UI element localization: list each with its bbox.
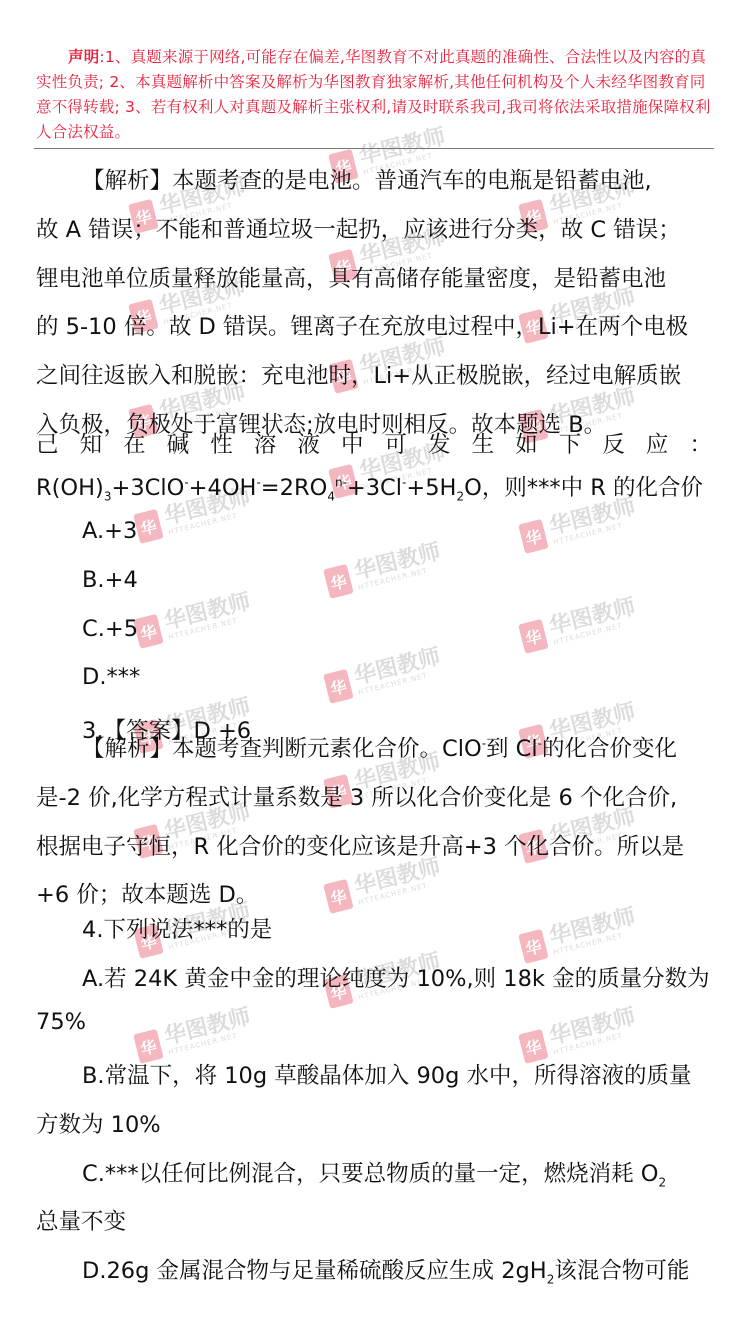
q2-analysis-line: 故 A 错误；不能和普通垃圾一起扔，应该进行分类，故 C 错误； xyxy=(36,212,681,244)
q3-equation: R(OH)3+3ClO-+4OH-=2RO4n-+3Cl-+5H2O，则***中… xyxy=(36,470,703,502)
q4-option-b-cont: 方数为 10% xyxy=(36,1107,161,1139)
disclaimer: 声明:1、真题来源于网络,可能存在偏差,华图教育不对此真题的准确性、合法性以及内… xyxy=(36,45,712,145)
watermark: 华华图教师HTTEACHER.NET xyxy=(518,1006,640,1064)
q2-analysis-line: 的 5-10 倍。故 D 错误。锂离子在充放电过程中，Li+在两个电极 xyxy=(36,309,688,341)
watermark-logo-icon: 华 xyxy=(133,509,164,544)
q4-option-a: A.若 24K 黄金中金的理论纯度为 10%,则 18k 金的质量分数为 xyxy=(82,961,710,993)
watermark-logo-icon: 华 xyxy=(323,669,354,704)
disclaimer-lead: 声明 xyxy=(68,48,99,66)
q3-option-d: D.*** xyxy=(82,664,140,690)
divider xyxy=(34,148,714,149)
q4-option-d: D.26g 金属混合物与足量稀硫酸反应生成 2gH2该混合物可能 xyxy=(82,1253,689,1285)
watermark: 华华图教师HTTEACHER.NET xyxy=(323,541,445,599)
q4-stem: 4.下列说法***的是 xyxy=(82,912,272,944)
q4-option-b: B.常温下，将 10g 草酸晶体加入 90g 水中，所得溶液的质量 xyxy=(82,1058,692,1090)
q3-analysis-line: 是-2 价,化学方程式计量系数是 3 所以化合价变化是 6 个化合价, xyxy=(36,780,677,812)
watermark: 华华图教师HTTEACHER.NET xyxy=(133,591,255,649)
q2-analysis-line: 锂电池单位质量释放能量高，具有高储存能量密度，是铅蓄电池 xyxy=(36,261,666,293)
q3-analysis-line: 根据电子守恒，R 化合价的变化应该是升高+3 个化合价。所以是 xyxy=(36,829,684,861)
watermark: 华华图教师HTTEACHER.NET xyxy=(323,646,445,704)
watermark-logo-icon: 华 xyxy=(323,879,354,914)
watermark: 华华图教师HTTEACHER.NET xyxy=(518,596,640,654)
q4-option-c-cont: 总量不变 xyxy=(36,1204,126,1236)
watermark-logo-icon: 华 xyxy=(323,564,354,599)
watermark: 华华图教师HTTEACHER.NET xyxy=(518,496,640,554)
watermark-logo-icon: 华 xyxy=(518,929,549,964)
q3-analysis-line: 【解析】本题考查判断元素化合价。ClO-到 Cl-的化合价变化 xyxy=(82,731,677,763)
disclaimer-text: :1、真题来源于网络,可能存在偏差,华图教育不对此真题的准确性、合法性以及内容的… xyxy=(36,48,711,141)
q3-option-a: A.+3 xyxy=(82,518,137,544)
q4-option-a-cont: 75% xyxy=(36,1009,86,1035)
watermark: 华华图教师HTTEACHER.NET xyxy=(518,906,640,964)
q2-analysis-line: 【解析】本题考查的是电池。普通汽车的电瓶是铅蓄电池, xyxy=(82,163,652,195)
watermark-logo-icon: 华 xyxy=(518,519,549,554)
q3-analysis-line: +6 价；故本题选 D。 xyxy=(36,877,258,909)
q2-analysis-line: 之间往返嵌入和脱嵌：充电池时，Li+从正极脱嵌，经过电解质嵌 xyxy=(36,358,681,390)
watermark: 华华图教师HTTEACHER.NET xyxy=(323,856,445,914)
q3-option-b: B.+4 xyxy=(82,567,138,593)
q4-option-c: C.***以任何比例混合，只要总物质的量一定，燃烧消耗 O2 xyxy=(82,1156,666,1188)
q3-option-c: C.+5 xyxy=(82,616,138,642)
watermark: 华华图教师HTTEACHER.NET xyxy=(133,1006,255,1064)
watermark-logo-icon: 华 xyxy=(518,619,549,654)
q3-stem: 己知在碱性溶液中可发生如下反应： xyxy=(36,427,712,459)
